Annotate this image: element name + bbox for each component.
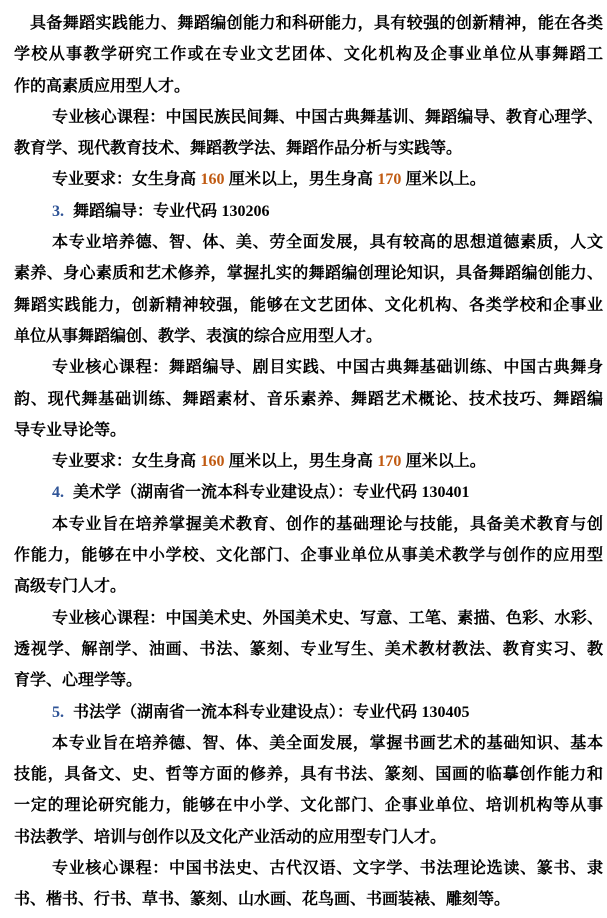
height-value: 160 — [200, 453, 224, 470]
list-number: 3. — [52, 203, 64, 220]
text-line: 具备舞蹈实践能力、舞蹈编创能力和科研能力，具有较强的创新精神，能在各类 — [14, 8, 603, 39]
text-run: 专业核心课程：中国美术史、外国美术史、写意、工笔、素描、色彩、水彩、 — [52, 610, 603, 627]
text-line: 专业核心课程：中国民族民间舞、中国古典舞基训、舞蹈编导、教育心理学、 — [14, 102, 603, 133]
text-line: 透视学、解剖学、油画、书法、篆刻、专业写生、美术教材教法、教育实习、教 — [14, 634, 603, 665]
text-run: 舞蹈编导：专业代码 — [73, 203, 221, 220]
text-run: 书法学（湖南省一流本科专业建设点）：专业代码 — [73, 704, 421, 721]
text-run: 专业核心课程：中国民族民间舞、中国古典舞基训、舞蹈编导、教育心理学、 — [52, 109, 603, 126]
text-run: 导专业导论等。 — [14, 422, 126, 439]
text-line: 本专业旨在培养掌握美术教育、创作的基础理论与技能，具备美术教育与创 — [14, 509, 603, 540]
list-number: 4. — [52, 484, 64, 501]
text-run: 具备舞蹈实践能力、舞蹈编创能力和科研能力，具有较强的创新精神，能在各类 — [30, 15, 603, 32]
text-line: 作的高素质应用型人才。 — [14, 71, 603, 102]
text-run: 透视学、解剖学、油画、书法、篆刻、专业写生、美术教材教法、教育实习、教 — [14, 641, 603, 658]
text-run: 育学、心理学等。 — [14, 672, 142, 689]
text-line: 作能力，能够在中小学校、文化部门、企事业单位从事美术教学与创作的应用型 — [14, 540, 603, 571]
major-code: 130401 — [421, 484, 469, 501]
text-run: 专业核心课程：舞蹈编导、剧目实践、中国古典舞基础训练、中国古典舞身 — [52, 359, 603, 376]
text-run: 本专业培养德、智、体、美、劳全面发展，具有较高的思想道德素质，人文 — [52, 234, 603, 251]
document-page: 具备舞蹈实践能力、舞蹈编创能力和科研能力，具有较强的创新精神，能在各类学校从事教… — [0, 0, 607, 918]
text-line: 4.美术学（湖南省一流本科专业建设点）：专业代码 130401 — [14, 477, 603, 508]
major-code: 130405 — [421, 704, 469, 721]
text-run: 作的高素质应用型人才。 — [14, 78, 190, 95]
text-run: 书、楷书、行书、草书、篆刻、山水画、花鸟画、书画装裱、雕刻等。 — [14, 891, 510, 908]
text-run: 素养、身心素质和艺术修养，掌握扎实的舞蹈编创理论知识，具备舞蹈编创能力、 — [14, 265, 603, 282]
text-run: 厘米以上。 — [401, 453, 485, 470]
list-number: 5. — [52, 704, 64, 721]
text-line: 专业核心课程：舞蹈编导、剧目实践、中国古典舞基础训练、中国古典舞身 — [14, 352, 603, 383]
text-run: 作能力，能够在中小学校、文化部门、企事业单位从事美术教学与创作的应用型 — [14, 547, 603, 564]
text-run: 专业要求：女生身高 — [52, 453, 200, 470]
text-run: 一定的理论研究能力，能够在中小学、文化部门、企事业单位、培训机构等从事 — [14, 797, 603, 814]
text-run: 单位从事舞蹈编创、教学、表演的综合应用型人才。 — [14, 328, 382, 345]
text-run: 厘米以上。 — [401, 171, 485, 188]
text-line: 技能，具备文、史、哲等方面的修养，具有书法、篆刻、国画的临摹创作能力和 — [14, 759, 603, 790]
text-line: 育学、心理学等。 — [14, 665, 603, 696]
text-run: 学校从事教学研究工作或在专业文艺团体、文化机构及企事业单位从事舞蹈工 — [14, 46, 603, 63]
text-line: 教育学、现代教育技术、舞蹈教学法、舞蹈作品分析与实践等。 — [14, 133, 603, 164]
text-line: 一定的理论研究能力，能够在中小学、文化部门、企事业单位、培训机构等从事 — [14, 790, 603, 821]
text-run: 书法教学、培训与创作以及文化产业活动的应用型专门人才。 — [14, 829, 446, 846]
text-run: 美术学（湖南省一流本科专业建设点）：专业代码 — [73, 484, 421, 501]
text-run: 高级专门人才。 — [14, 578, 126, 595]
text-run: 教育学、现代教育技术、舞蹈教学法、舞蹈作品分析与实践等。 — [14, 140, 462, 157]
text-line: 专业核心课程：中国书法史、古代汉语、文字学、书法理论选读、篆书、隶 — [14, 853, 603, 884]
text-line: 单位从事舞蹈编创、教学、表演的综合应用型人才。 — [14, 321, 603, 352]
text-run: 本专业旨在培养掌握美术教育、创作的基础理论与技能，具备美术教育与创 — [52, 516, 603, 533]
text-run: 厘米以上，男生身高 — [224, 171, 377, 188]
text-line: 本专业旨在培养德、智、体、美全面发展，掌握书画艺术的基础知识、基本 — [14, 728, 603, 759]
text-line: 学校从事教学研究工作或在专业文艺团体、文化机构及企事业单位从事舞蹈工 — [14, 39, 603, 70]
text-run: 技能，具备文、史、哲等方面的修养，具有书法、篆刻、国画的临摹创作能力和 — [14, 766, 603, 783]
text-line: 素养、身心素质和艺术修养，掌握扎实的舞蹈编创理论知识，具备舞蹈编创能力、 — [14, 258, 603, 289]
height-value: 170 — [377, 171, 401, 188]
major-code: 130206 — [221, 203, 269, 220]
text-line: 舞蹈实践能力，创新精神较强，能够在文艺团体、文化机构、各类学校和企事业 — [14, 290, 603, 321]
text-run: 舞蹈实践能力，创新精神较强，能够在文艺团体、文化机构、各类学校和企事业 — [14, 297, 603, 314]
text-line: 导专业导论等。 — [14, 415, 603, 446]
height-value: 160 — [200, 171, 224, 188]
text-line: 书、楷书、行书、草书、篆刻、山水画、花鸟画、书画装裱、雕刻等。 — [14, 884, 603, 915]
text-run: 专业核心课程：中国书法史、古代汉语、文字学、书法理论选读、篆书、隶 — [52, 860, 603, 877]
text-line: 5.书法学（湖南省一流本科专业建设点）：专业代码 130405 — [14, 697, 603, 728]
text-line: 韵、现代舞基础训练、舞蹈素材、音乐素养、舞蹈艺术概论、技术技巧、舞蹈编 — [14, 384, 603, 415]
text-run: 本专业旨在培养德、智、体、美全面发展，掌握书画艺术的基础知识、基本 — [52, 735, 603, 752]
text-run: 韵、现代舞基础训练、舞蹈素材、音乐素养、舞蹈艺术概论、技术技巧、舞蹈编 — [14, 391, 603, 408]
text-line: 3.舞蹈编导：专业代码 130206 — [14, 196, 603, 227]
text-line: 专业要求：女生身高 160 厘米以上，男生身高 170 厘米以上。 — [14, 164, 603, 195]
text-line: 高级专门人才。 — [14, 571, 603, 602]
text-line: 专业核心课程：中国美术史、外国美术史、写意、工笔、素描、色彩、水彩、 — [14, 603, 603, 634]
text-run: 厘米以上，男生身高 — [224, 453, 377, 470]
height-value: 170 — [377, 453, 401, 470]
text-line: 本专业培养德、智、体、美、劳全面发展，具有较高的思想道德素质，人文 — [14, 227, 603, 258]
text-line: 书法教学、培训与创作以及文化产业活动的应用型专门人才。 — [14, 822, 603, 853]
text-run: 专业要求：女生身高 — [52, 171, 200, 188]
text-line: 专业要求：女生身高 160 厘米以上，男生身高 170 厘米以上。 — [14, 446, 603, 477]
